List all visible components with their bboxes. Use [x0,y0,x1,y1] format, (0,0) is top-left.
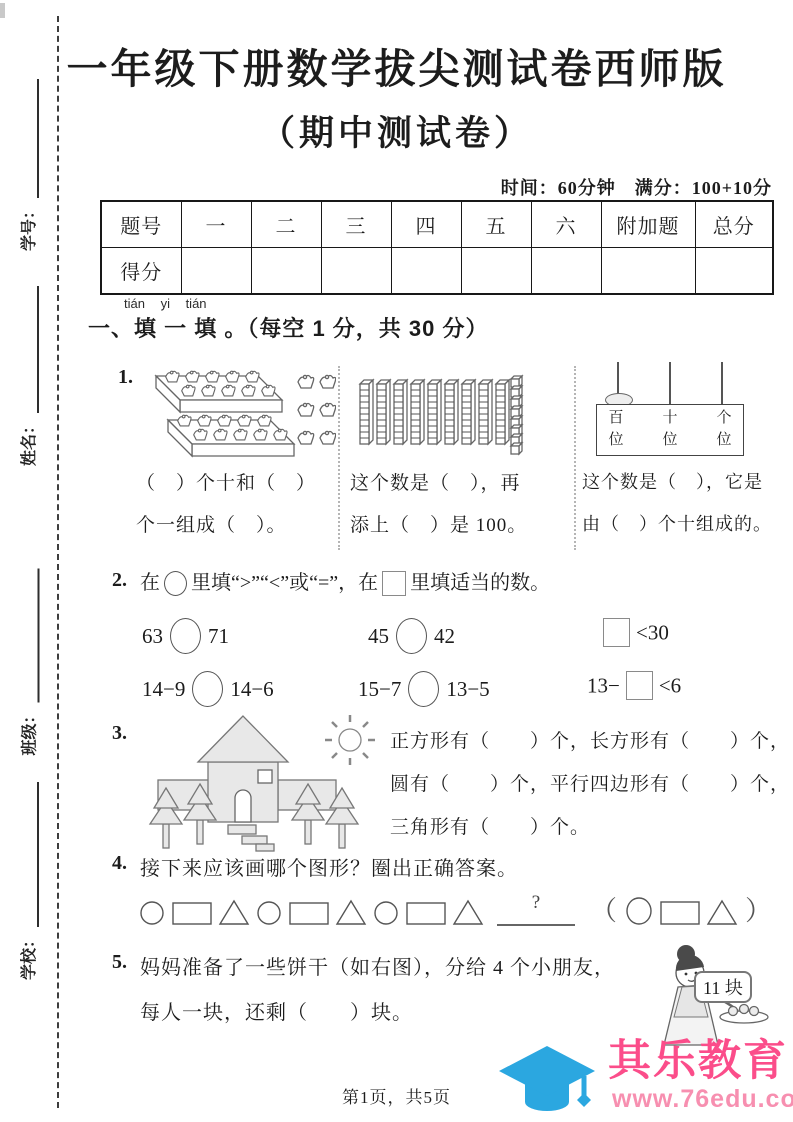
close-paren: ） [745,896,772,926]
score-cell-empty [391,248,461,295]
panel-separator [574,366,576,550]
rectangle-shape-icon [405,896,447,926]
brand-name: 其乐教育 [608,1040,793,1083]
compare-right: 42 [434,624,455,648]
test-paper-page: 学号： 姓名： 班级： 学校： 一年级下册数学拔尖测试卷西师版 （期中测试卷） … [0,0,793,1122]
score-header-cell: 六 [531,201,601,248]
q5-line2: 每人一块，还剩（ ）块。 [140,996,413,1025]
compare-right: 71 [208,624,229,648]
triangle-shape-icon [218,896,250,926]
score-cell-empty [601,248,695,295]
compare-circle-icon [164,571,187,596]
compare-left: 63 [142,624,163,648]
q1b-text-line2: 添上（ ）是 100。 [350,510,527,537]
score-cell-empty [531,248,601,295]
score-cell-empty [461,248,531,295]
question-2: 2. 在里填“>”“<”或“=”，在里填适当的数。 6371 4542 <30 … [110,563,778,713]
score-header-cell: 附加题 [601,201,695,248]
panel-separator [338,366,340,550]
compare-item: 4542 [368,618,455,658]
question-1-number: 1. [118,366,133,389]
q1c-text-line1: 这个数是（ ），它是 [582,468,763,494]
circle-shape-icon [138,896,166,926]
score-row-label: 得分 [101,248,181,295]
circle-shape-icon [372,896,400,926]
fill-box-item: <30 [597,618,669,651]
q2-prompt-part: 里填适当的数。 [410,572,550,594]
compare-item: 14−914−6 [142,671,274,711]
tens-rod [669,362,671,404]
page-title: 一年级下册数学拔尖测试卷西师版 [0,36,793,95]
score-header-cell: 一 [181,201,251,248]
scan-edge-mark [0,3,5,18]
ones-place-label: 个位 [715,408,733,452]
open-paren: （ [590,896,617,926]
section-one-title: 一、填 一 填 。（每空 1 分，共 30 分） [88,312,489,343]
brand-website[interactable]: www.76edu.com [608,1085,793,1114]
score-cell-empty [321,248,391,295]
logo-text-block: 其乐教育 www.76edu.com [608,1040,793,1114]
q2-prompt-part: 在 [140,572,160,594]
question-2-number: 2. [112,569,127,592]
time-score-info: 时间：60分钟 满分：100+10分 [501,174,772,200]
margin-label-school: 学校： [16,932,39,980]
place-value-abacus-illustration: 百位 十位 个位 [596,362,748,458]
margin-label-student-id: 学号： [16,203,39,251]
compare-left: 14−9 [142,677,185,701]
tens-place-label: 十位 [661,408,679,452]
question-mark: ? [497,892,575,914]
score-header-cell: 题号 [101,201,181,248]
question-2-prompt: 在里填“>”“<”或“=”，在里填适当的数。 [140,566,550,598]
score-header-cell: 四 [391,201,461,248]
answer-box[interactable] [603,618,630,647]
compare-circle[interactable] [408,671,439,707]
score-cell-empty [251,248,321,295]
cupcake-trays-illustration [138,370,336,464]
question-4-number: 4. [112,852,127,875]
compare-right: 13−5 [446,677,489,701]
q1a-text-line1: （ ）个十和（ ） [136,468,316,495]
option-triangle-icon[interactable] [706,894,738,926]
score-table-header-row: 题号 一 二 三 四 五 六 附加题 总分 [101,201,773,248]
hundreds-place-label: 百位 [607,408,625,452]
base-ten-blocks-illustration [356,368,524,462]
cookie-count-badge: 11 块 [694,971,752,1003]
margin-field-school: 学校： [17,782,39,980]
mother-cookies-illustration: 11 块 [638,941,773,1049]
compare-left: 45 [368,624,389,648]
box-inequality: <6 [659,673,681,697]
q1a-text-line2: 个一组成（ ）。 [136,510,287,537]
q3-line3: 三角形有（ ）个。 [390,806,790,849]
score-header-cell: 二 [251,201,321,248]
margin-field-class: 班级： [18,569,40,756]
compare-item: 6371 [142,618,229,658]
score-cell-empty [181,248,251,295]
abacus-base-box: 百位 十位 个位 [596,404,744,456]
question-1: 1. [110,360,778,558]
compare-item: 15−713−5 [358,671,490,711]
fill-box-item: 13−<6 [587,671,681,704]
answer-box-icon [382,571,406,596]
graduation-cap-icon [494,1036,600,1116]
compare-circle[interactable] [170,618,201,654]
shape-pattern-row: ? （ ） [138,890,774,926]
score-table-score-row: 得分 [101,248,773,295]
q1b-text-line1: 这个数是（ ），再 [350,468,521,495]
compare-circle[interactable] [192,671,223,707]
box-prefix: 13− [587,673,620,697]
section-one-heading: tián yi tián 一、填 一 填 。（每空 1 分，共 30 分） [88,296,489,343]
compare-circle[interactable] [396,618,427,654]
q3-line1: 正方形有（ ）个，长方形有（ ）个， [390,720,790,763]
question-5-number: 5. [112,951,127,974]
margin-label-name: 姓名： [16,418,39,466]
margin-field-name: 姓名： [17,286,39,466]
rectangle-shape-icon [288,896,330,926]
margin-label-class: 班级： [17,707,40,755]
dashed-cut-line [57,16,59,1108]
compare-left: 15−7 [358,677,401,701]
school-blank-line [22,782,39,927]
score-header-cell: 三 [321,201,391,248]
ones-rod [721,362,723,404]
score-header-cell: 五 [461,201,531,248]
question-3-text: 正方形有（ ）个，长方形有（ ）个， 圆有（ ）个，平行四边形有（ ）个， 三角… [390,720,790,849]
option-circle-icon[interactable] [624,894,654,926]
score-table: 题号 一 二 三 四 五 六 附加题 总分 得分 [100,200,774,295]
class-blank-line [23,569,40,703]
option-rectangle-icon[interactable] [659,894,701,926]
publisher-logo: 其乐教育 www.76edu.com [494,1036,793,1116]
question-4-prompt: 接下来应该画哪个图形？圈出正确答案。 [140,852,518,881]
question-3: 3. [110,710,778,852]
q3-line2: 圆有（ ）个，平行四边形有（ ）个， [390,763,790,806]
question-4: 4. 接下来应该画哪个图形？圈出正确答案。 ? （ ） [110,850,778,942]
pinyin-annotation: tián yi tián [124,296,489,311]
margin-field-student-id: 学号： [17,79,39,251]
page-subtitle: （期中测试卷） [0,106,793,156]
triangle-shape-icon [335,896,367,926]
name-blank-line [22,286,39,413]
question-3-number: 3. [112,722,127,745]
rectangle-shape-icon [171,896,213,926]
compare-right: 14−6 [230,677,273,701]
house-scene-illustration [138,710,383,852]
q5-line1: 妈妈准备了一些饼干（如右图），分给 4 个小朋友， [140,951,615,980]
answer-blank-line[interactable]: ? [497,890,575,926]
triangle-shape-icon [452,896,484,926]
box-inequality: <30 [636,620,669,644]
answer-box[interactable] [626,671,653,700]
q1c-text-line2: 由（ ）个十组成的。 [582,510,772,536]
score-cell-empty [695,248,773,295]
score-header-cell: 总分 [695,201,773,248]
q2-prompt-part: 里填“>”“<”或“=”，在 [191,572,378,594]
circle-shape-icon [255,896,283,926]
